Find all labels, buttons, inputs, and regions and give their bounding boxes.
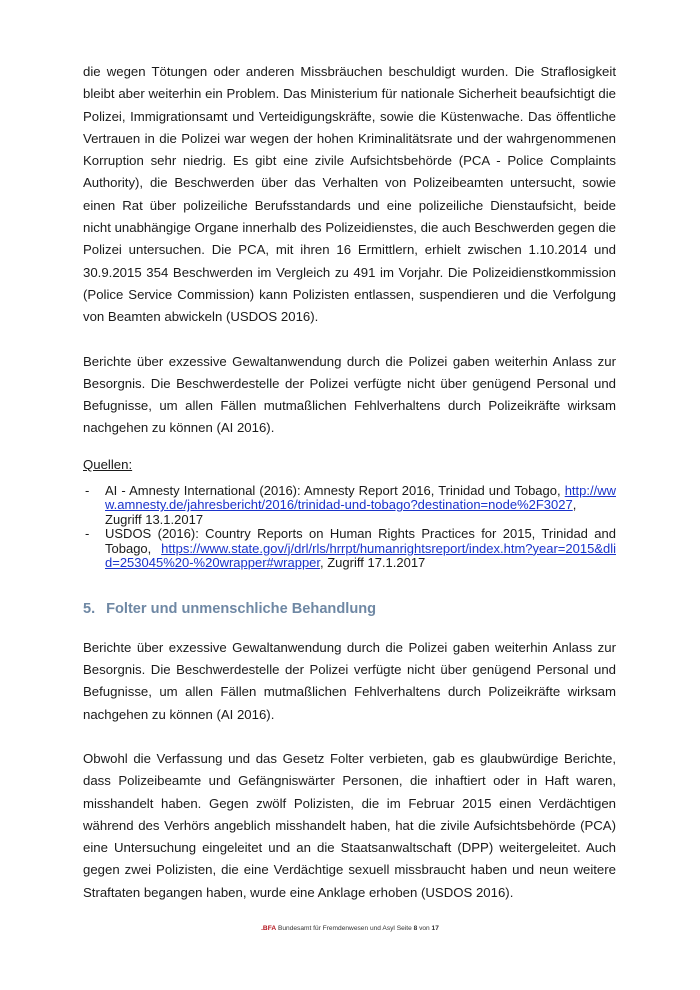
page-total: 17 — [432, 925, 439, 932]
footer-org: Bundesamt für Fremdenwesen und Asyl Seit… — [276, 925, 413, 932]
bullet-dash: - — [85, 527, 89, 542]
section-title: Folter und unmenschliche Behandlung — [106, 601, 376, 617]
source-item-usdos: - USDOS (2016): Country Reports on Human… — [83, 527, 616, 571]
paragraph-excessive-force: Berichte über exzessive Gewaltanwendung … — [83, 351, 616, 440]
bfa-logo: .BFA — [261, 925, 276, 932]
sources-label: Quellen: — [83, 456, 616, 474]
page-footer: .BFA Bundesamt für Fremdenwesen und Asyl… — [0, 925, 700, 932]
source-item-ai: - AI - Amnesty International (2016): Amn… — [83, 484, 616, 528]
section-number: 5. — [83, 599, 102, 619]
document-page: die wegen Tötungen oder anderen Missbräu… — [83, 61, 616, 904]
bullet-dash: - — [85, 484, 89, 499]
paragraph-torture-reports: Obwohl die Verfassung und das Gesetz Fol… — [83, 748, 616, 904]
section-heading: 5. Folter und unmenschliche Behandlung — [83, 599, 616, 619]
sources-list: - AI - Amnesty International (2016): Amn… — [83, 484, 616, 571]
paragraph-torture-intro: Berichte über exzessive Gewaltanwendung … — [83, 637, 616, 726]
paragraph-police-oversight: die wegen Tötungen oder anderen Missbräu… — [83, 61, 616, 329]
page-sep: von — [417, 925, 431, 932]
source-access-date: , Zugriff 17.1.2017 — [320, 555, 425, 570]
source-text: AI - Amnesty International (2016): Amnes… — [105, 483, 565, 498]
